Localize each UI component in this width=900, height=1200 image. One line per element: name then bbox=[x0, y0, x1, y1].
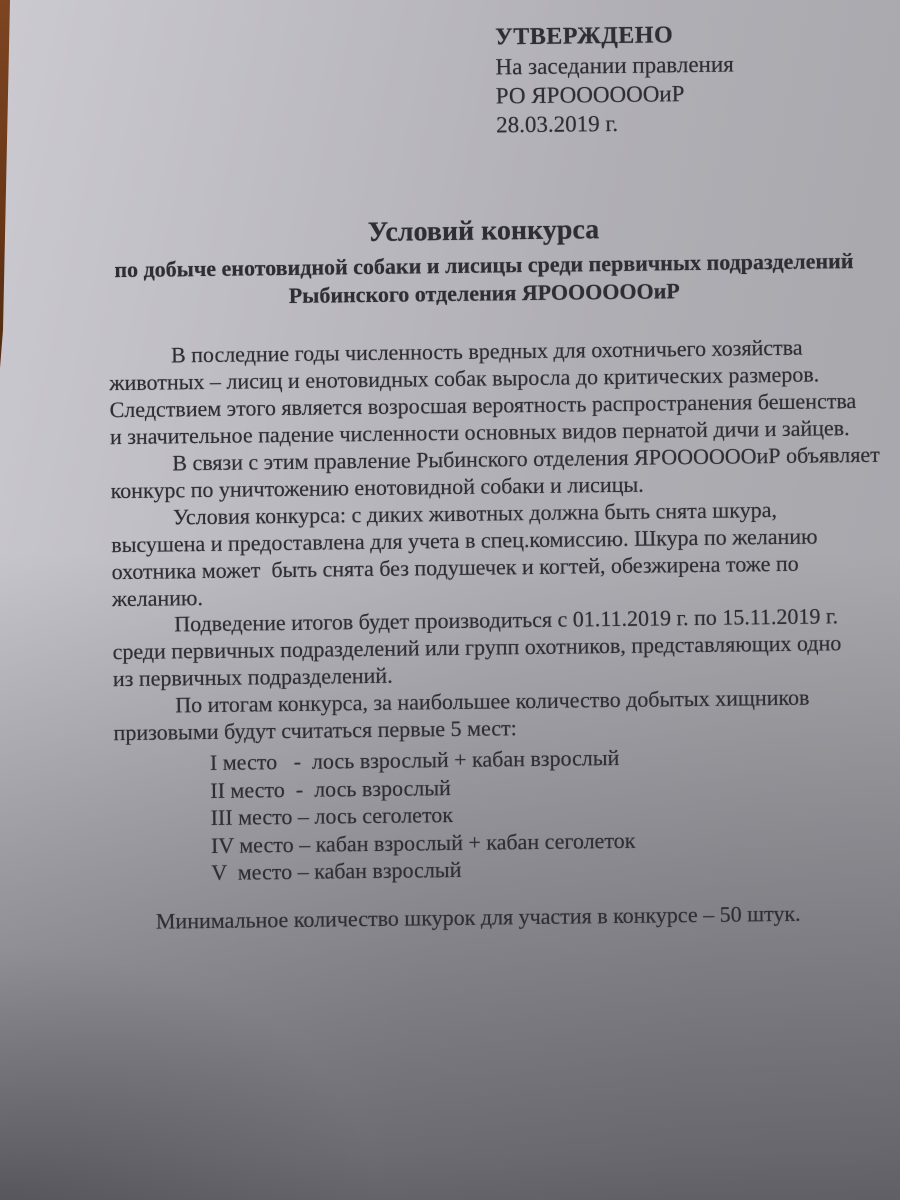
places-list: I место - лось взрослый + кабан взрослый… bbox=[210, 744, 636, 887]
document-photo: УТВЕРЖДЕНО На заседании правления РО ЯРО… bbox=[0, 0, 900, 1200]
footer-minimum-line: Минимальное количество шкурок для участи… bbox=[156, 901, 801, 935]
approval-approved: УТВЕРЖДЕНО bbox=[495, 20, 734, 52]
place-item-5: V место – кабан взрослый bbox=[211, 854, 636, 887]
paragraph-announcement: В связи с этим правление Рыбинского отде… bbox=[110, 441, 871, 504]
approval-meeting: На заседании правления bbox=[495, 49, 734, 81]
doc-subtitle: по добыче енотовидной собаки и лисицы ср… bbox=[36, 246, 900, 313]
place-item-1: I место - лось взрослый + кабан взрослый bbox=[210, 744, 635, 777]
paragraph-prizes-intro: По итогам конкурса, за наибольшее количе… bbox=[113, 683, 874, 746]
approval-organization: РО ЯРООООООиР bbox=[496, 78, 735, 110]
doc-title: Условий конкурса bbox=[105, 211, 861, 252]
paragraph-conditions: Условия конкурса: с диких животных должн… bbox=[111, 495, 872, 612]
document-content: УТВЕРЖДЕНО На заседании правления РО ЯРО… bbox=[0, 0, 900, 1200]
approval-date: 28.03.2019 г. bbox=[496, 107, 735, 139]
paragraph-results-period: Подведение итогов будет производиться с … bbox=[112, 602, 873, 692]
place-item-4: IV место – кабан взрослый + кабан сеголе… bbox=[211, 826, 636, 859]
paragraph-overpopulation: В последние годы численность вредных для… bbox=[109, 333, 870, 450]
approval-block: УТВЕРЖДЕНО На заседании правления РО ЯРО… bbox=[495, 20, 735, 139]
